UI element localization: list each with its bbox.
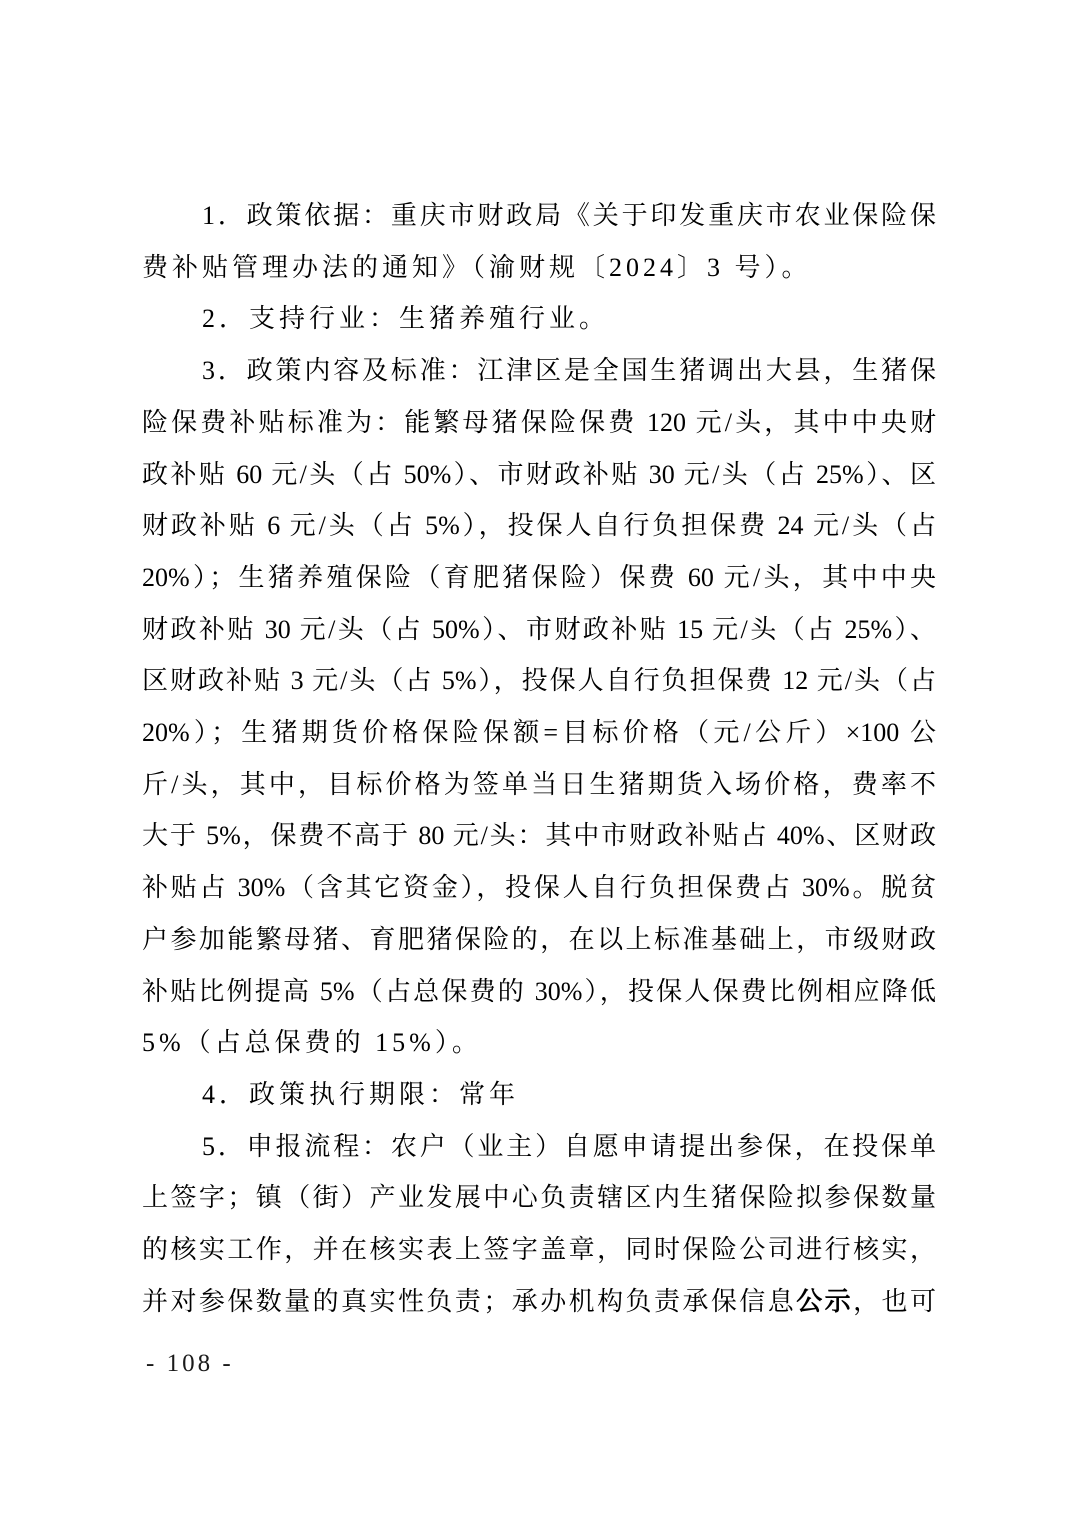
text-line: 费补贴管理办法的通知》（渝财规〔2024〕3 号）。 bbox=[142, 242, 936, 294]
text-line: 大于 5%，保费不高于 80 元/头：其中市财政补贴占 40%、区财政 bbox=[142, 810, 936, 862]
text-line: 的核实工作，并在核实表上签字盖章，同时保险公司进行核实， bbox=[142, 1224, 936, 1276]
text-line: 财政补贴 6 元/头（占 5%），投保人自行负担保费 24 元/头（占 bbox=[142, 500, 936, 552]
text-line: 补贴占 30%（含其它资金），投保人自行负担保费占 30%。脱贫 bbox=[142, 862, 936, 914]
text-run: 2．支持行业：生猪养殖行业。 bbox=[202, 304, 609, 333]
text-run: 补贴占 30%（含其它资金），投保人自行负担保费占 30%。脱贫 bbox=[142, 873, 936, 902]
text-run: 20%）；生猪养殖保险（育肥猪保险）保费 60 元/头，其中中央 bbox=[142, 563, 936, 592]
text-run: 户参加能繁母猪、育肥猪保险的，在以上标准基础上，市级财政 bbox=[142, 925, 936, 954]
text-run: 上签字；镇（街）产业发展中心负责辖区内生猪保险拟参保数量 bbox=[142, 1183, 936, 1212]
text-run: 4．政策执行期限：常年 bbox=[202, 1080, 519, 1109]
text-line: 5%（占总保费的 15%）。 bbox=[142, 1017, 936, 1069]
text-line: 斤/头，其中，目标价格为签单当日生猪期货入场价格，费率不 bbox=[142, 759, 936, 811]
text-line: 户参加能繁母猪、育肥猪保险的，在以上标准基础上，市级财政 bbox=[142, 914, 936, 966]
text-run: 政补贴 60 元/头（占 50%）、市财政补贴 30 元/头（占 25%）、区 bbox=[142, 460, 936, 489]
text-run: 3．政策内容及标准：江津区是全国生猪调出大县，生猪保 bbox=[202, 356, 936, 385]
text-line: 3．政策内容及标准：江津区是全国生猪调出大县，生猪保 bbox=[142, 345, 936, 397]
text-run: 的核实工作，并在核实表上签字盖章，同时保险公司进行核实， bbox=[142, 1235, 936, 1264]
text-line: 4．政策执行期限：常年 bbox=[142, 1069, 936, 1121]
text-run: 斤/头，其中，目标价格为签单当日生猪期货入场价格，费率不 bbox=[142, 770, 936, 799]
text-run: 并对参保数量的真实性负责；承办机构负责承保信息 bbox=[142, 1287, 796, 1316]
bold-text-run: 公示 bbox=[796, 1287, 853, 1316]
text-line: 1．政策依据：重庆市财政局《关于印发重庆市农业保险保 bbox=[142, 190, 936, 242]
text-run: ，也可 bbox=[853, 1287, 936, 1316]
text-line: 20%）；生猪期货价格保险保额=目标价格（元/公斤）×100 公 bbox=[142, 707, 936, 759]
text-run: 财政补贴 30 元/头（占 50%）、市财政补贴 15 元/头（占 25%）、 bbox=[142, 615, 936, 644]
page-footer: - 108 - bbox=[146, 1350, 234, 1378]
text-run: 20%）；生猪期货价格保险保额=目标价格（元/公斤）×100 公 bbox=[142, 718, 936, 747]
text-line: 20%）；生猪养殖保险（育肥猪保险）保费 60 元/头，其中中央 bbox=[142, 552, 936, 604]
text-run: 5．申报流程：农户（业主）自愿申请提出参保，在投保单 bbox=[202, 1132, 936, 1161]
text-line: 财政补贴 30 元/头（占 50%）、市财政补贴 15 元/头（占 25%）、 bbox=[142, 604, 936, 656]
page-number: - 108 - bbox=[146, 1350, 234, 1377]
text-run: 区财政补贴 3 元/头（占 5%），投保人自行负担保费 12 元/头（占 bbox=[142, 666, 936, 695]
text-line: 5．申报流程：农户（业主）自愿申请提出参保，在投保单 bbox=[142, 1121, 936, 1173]
document-page: 1．政策依据：重庆市财政局《关于印发重庆市农业保险保费补贴管理办法的通知》（渝财… bbox=[0, 0, 1074, 1520]
para-policy-period: 4．政策执行期限：常年 bbox=[142, 1069, 936, 1121]
para-supported-industry: 2．支持行业：生猪养殖行业。 bbox=[142, 293, 936, 345]
text-line: 政补贴 60 元/头（占 50%）、市财政补贴 30 元/头（占 25%）、区 bbox=[142, 449, 936, 501]
text-run: 1．政策依据：重庆市财政局《关于印发重庆市农业保险保 bbox=[202, 201, 936, 230]
text-line: 上签字；镇（街）产业发展中心负责辖区内生猪保险拟参保数量 bbox=[142, 1172, 936, 1224]
text-line: 补贴比例提高 5%（占总保费的 30%），投保人保费比例相应降低 bbox=[142, 966, 936, 1018]
text-line: 险保费补贴标准为：能繁母猪保险保费 120 元/头，其中中央财 bbox=[142, 397, 936, 449]
document-body: 1．政策依据：重庆市财政局《关于印发重庆市农业保险保费补贴管理办法的通知》（渝财… bbox=[142, 190, 936, 1327]
text-run: 险保费补贴标准为：能繁母猪保险保费 120 元/头，其中中央财 bbox=[142, 408, 936, 437]
text-run: 补贴比例提高 5%（占总保费的 30%），投保人保费比例相应降低 bbox=[142, 977, 936, 1006]
text-line: 2．支持行业：生猪养殖行业。 bbox=[142, 293, 936, 345]
text-run: 财政补贴 6 元/头（占 5%），投保人自行负担保费 24 元/头（占 bbox=[142, 511, 936, 540]
text-run: 费补贴管理办法的通知》（渝财规〔2024〕3 号）。 bbox=[142, 253, 812, 282]
text-run: 大于 5%，保费不高于 80 元/头：其中市财政补贴占 40%、区财政 bbox=[142, 821, 936, 850]
text-run: 5%（占总保费的 15%）。 bbox=[142, 1028, 482, 1057]
text-line: 区财政补贴 3 元/头（占 5%），投保人自行负担保费 12 元/头（占 bbox=[142, 655, 936, 707]
para-policy-content-and-standards: 3．政策内容及标准：江津区是全国生猪调出大县，生猪保险保费补贴标准为：能繁母猪保… bbox=[142, 345, 936, 1069]
para-application-process: 5．申报流程：农户（业主）自愿申请提出参保，在投保单上签字；镇（街）产业发展中心… bbox=[142, 1121, 936, 1328]
para-policy-basis: 1．政策依据：重庆市财政局《关于印发重庆市农业保险保费补贴管理办法的通知》（渝财… bbox=[142, 190, 936, 293]
text-line: 并对参保数量的真实性负责；承办机构负责承保信息公示，也可 bbox=[142, 1276, 936, 1328]
